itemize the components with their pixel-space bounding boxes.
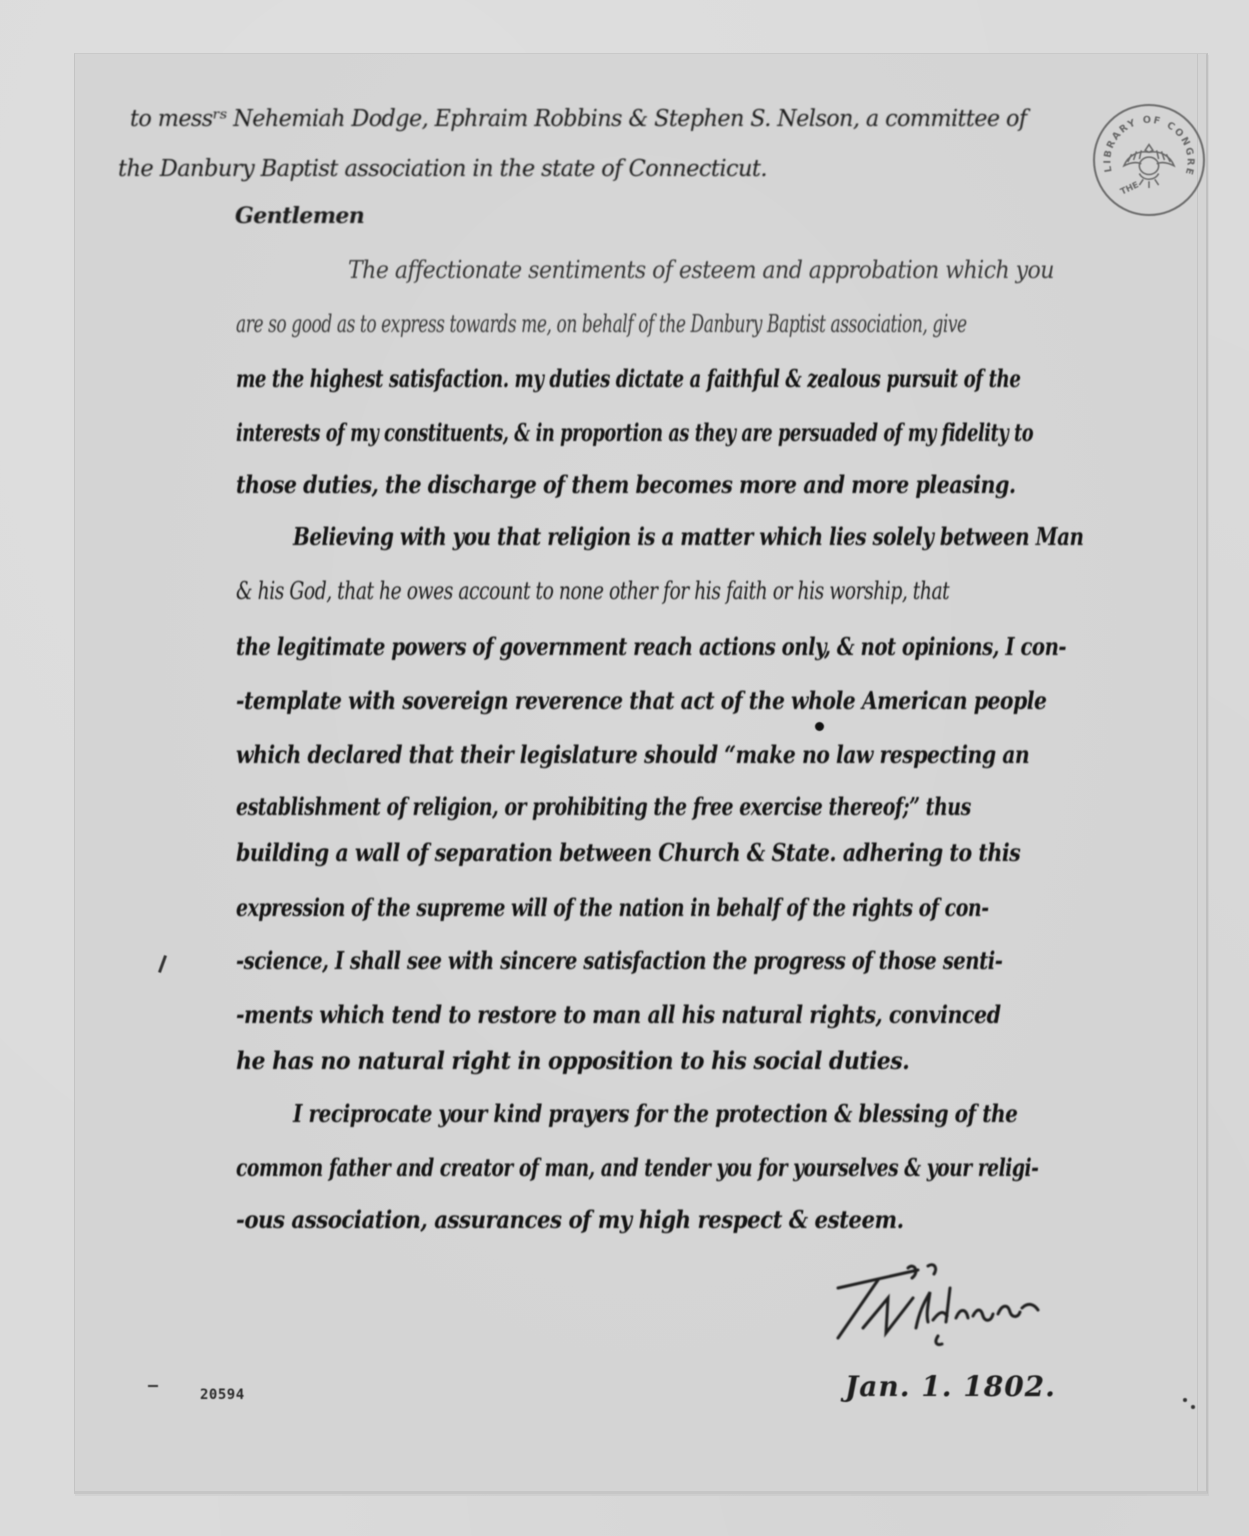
body-line: the legitimate powers of government reac…	[236, 632, 1066, 661]
body-line: -science, I shall see with sincere satis…	[236, 946, 1002, 975]
stray-dot-mark	[1191, 1405, 1195, 1409]
body-line: Believing with you that religion is a ma…	[293, 522, 1084, 551]
letter-date: Jan. 1. 1802.	[845, 1370, 1056, 1403]
eagle-seal-icon: LIBRARY OF CONGRESS THE	[1095, 106, 1203, 214]
body-line: establishment of religion, or prohibitin…	[236, 792, 971, 821]
stray-dot-mark	[1183, 1398, 1187, 1402]
body-line: common father and creator of man, and te…	[236, 1153, 1038, 1182]
body-line: building a wall of separation between Ch…	[236, 838, 1020, 867]
body-line: are so good as to express towards me, on…	[236, 310, 967, 338]
body-line: expression of the supreme will of the na…	[236, 893, 989, 922]
body-line: interests of my constituents, & in propo…	[236, 418, 1033, 447]
body-line: I reciprocate your kind prayers for the …	[293, 1099, 1018, 1128]
stray-dash-mark	[148, 1385, 158, 1387]
body-line: The affectionate sentiments of esteem an…	[348, 256, 1054, 284]
svg-text:LIBRARY OF CONGRESS: LIBRARY OF CONGRESS	[1095, 106, 1196, 178]
body-line: -ments which tend to restore to man all …	[236, 1000, 1001, 1029]
svg-text:THE: THE	[1119, 180, 1141, 197]
signature-scrawl-icon	[818, 1258, 1058, 1348]
archive-number: 20594	[200, 1387, 245, 1403]
ink-blot	[815, 722, 824, 731]
body-line: those duties, the discharge of them beco…	[236, 470, 1016, 499]
library-of-congress-stamp: LIBRARY OF CONGRESS THE	[1093, 104, 1205, 216]
body-line: & his God, that he owes account to none …	[236, 577, 949, 605]
body-line: -template with sovereign reverence that …	[236, 686, 1046, 715]
body-line: -ous association, assurances of my high …	[236, 1205, 903, 1234]
signature-th-jefferson	[818, 1258, 1058, 1348]
salutation: Gentlemen	[235, 203, 364, 229]
address-line-1: to messʳˢ Nehemiah Dodge, Ephraim Robbin…	[130, 106, 1027, 132]
sheet-fold-edge	[1197, 54, 1198, 1491]
address-line-2: the Danbury Baptist association in the s…	[118, 156, 767, 182]
body-line: which declared that their legislature sh…	[236, 740, 1029, 769]
body-line: me the highest satisfaction. my duties d…	[236, 364, 1021, 393]
body-line: he has no natural right in opposition to…	[236, 1046, 909, 1075]
